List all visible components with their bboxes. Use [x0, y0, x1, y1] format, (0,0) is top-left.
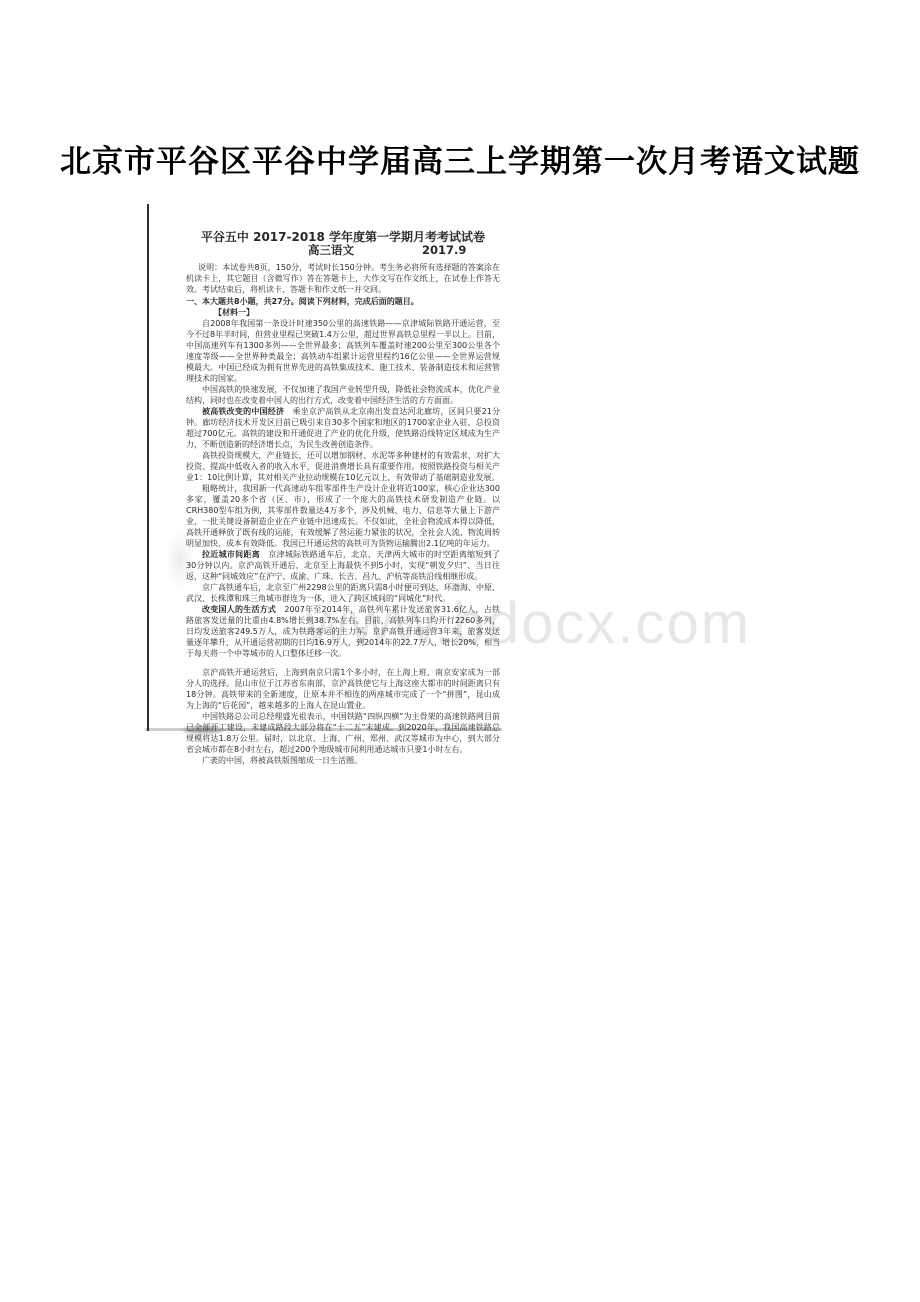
- scan-paragraph: 中国铁路总公司总经理盛光祖表示，中国铁路“四纵四横”为主骨架的高速铁路网目前已全…: [186, 711, 500, 755]
- scan-paragraph: 粗略统计，我国新一代高速动车组零部件生产设计企业将近100家，核心企业达300多…: [186, 483, 500, 549]
- scan-text-block: 平谷五中 2017-2018 学年度第一学期月考考试试卷 高三语文 2017.9…: [186, 230, 500, 766]
- paragraph-lead: 被高铁改变的中国经济: [202, 407, 292, 416]
- paragraph-lead: 改变国人的生活方式: [202, 605, 284, 614]
- page-title: 北京市平谷区平谷中学届高三上学期第一次月考语文试题: [0, 136, 920, 181]
- material-paragraphs: 自2008年我国第一条设计时速350公里的高速铁路——京津城际铁路开通运营，至今…: [186, 318, 500, 766]
- paper-subject: 高三语文: [308, 245, 354, 256]
- section-heading: 一、本大题共8小题，共27分。阅读下列材料，完成后面的题目。: [186, 296, 500, 307]
- scan-paragraph: 拉近城市间距离 京津城际铁路通车后，北京、天津两大城市的时空距离缩短到了30分钟…: [186, 549, 500, 582]
- paper-subtitle-row: 高三语文 2017.9: [186, 245, 500, 260]
- scan-left-edge: [147, 204, 149, 731]
- paper-instructions: 说明：本试卷共8页，150分，考试时长150分钟。考生务必将所有选择题的答案涂在…: [186, 262, 500, 295]
- scan-paragraph: 京广高铁通车后，北京至广州2298公里的距离只需8小时便可到达，环渤海、中原、武…: [186, 582, 500, 604]
- scan-paragraph: 自2008年我国第一条设计时速350公里的高速铁路——京津城际铁路开通运营，至今…: [186, 318, 500, 384]
- scan-paragraph: 京沪高铁开通运营后，上海到南京只需1个多小时，在上海上班、南京安家成为一部分人的…: [186, 667, 500, 711]
- paper-date: 2017.9: [422, 245, 466, 256]
- scan-paragraph: 中国高铁的快速发展，不仅加速了我国产业转型升级，降低社会物流成本，优化产业结构，…: [186, 384, 500, 406]
- paragraph-lead: 拉近城市间距离: [202, 550, 268, 559]
- exam-scan: 平谷五中 2017-2018 学年度第一学期月考考试试卷 高三语文 2017.9…: [145, 200, 502, 731]
- scan-paragraph: 广袤的中国，将被高铁版图缩成一日生活圈。: [186, 755, 500, 766]
- scan-paragraph: 改变国人的生活方式 2007年至2014年，高铁列车累计发送旅客31.6亿人，占…: [186, 604, 500, 659]
- material-label: 【材料一】: [186, 307, 500, 318]
- scan-paragraph: 被高铁改变的中国经济 乘坐京沪高铁从北京南出发直达河北廊坊，区间只要21分钟。廊…: [186, 406, 500, 450]
- scan-paragraph: 高铁投资规模大，产业链长，还可以增加钢材、水泥等多种建材的有效需求，对扩大投资、…: [186, 450, 500, 483]
